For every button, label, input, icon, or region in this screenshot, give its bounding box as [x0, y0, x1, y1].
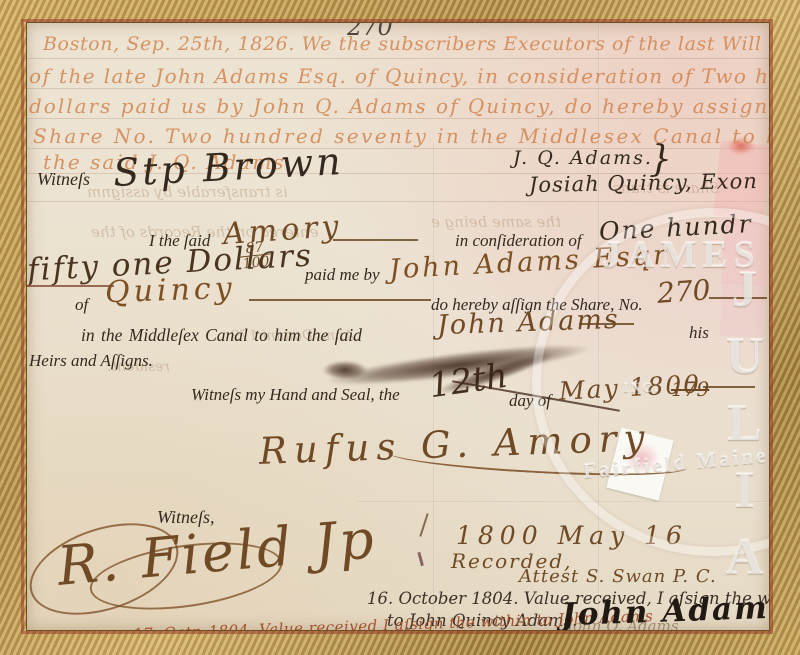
ruled-line: [27, 88, 769, 89]
ghost-text: the same being e: [431, 213, 561, 231]
pen-mark: [419, 513, 428, 536]
ruled-line: [27, 118, 769, 119]
printed-paid-me-by: paid me by: [305, 265, 380, 285]
framed-document-photo: 270 Boston, Sep. 25th, 1826. We the subs…: [0, 0, 800, 655]
ink-blot: [323, 361, 367, 379]
watermark-julia: JULIA: [715, 261, 770, 546]
josiah-quincy-signature: Josiah Quincy, Exon: [529, 169, 758, 197]
printed-middlesex-canal-line: in the Middleſex Canal to him the ſaid: [81, 325, 362, 346]
printed-of: of: [75, 295, 88, 315]
watermark-inc: INC.: [623, 381, 660, 397]
ink-dash: [333, 239, 418, 241]
attest-clerk: Attest S. Swan P. C.: [519, 566, 717, 587]
assignment-1826-line-3: dollars paid us by John Q. Adams of Quin…: [29, 94, 770, 118]
quincy-script: Quincy: [104, 271, 236, 311]
ink-dash: [249, 299, 431, 301]
fraction-denominator: 100: [239, 253, 273, 271]
document-paper: 270 Boston, Sep. 25th, 1826. We the subs…: [26, 22, 770, 631]
assignment-1826-line-2: of the late John Adams Esq. of Quincy, i…: [29, 64, 770, 88]
printed-heirs-assigns: Heirs and Aſſigns.: [29, 351, 153, 371]
ruled-line: [27, 58, 769, 59]
pen-mark: [417, 550, 431, 566]
fraction-87-100: 87 100: [238, 239, 274, 271]
ink-dash: [26, 285, 114, 287]
witness-label-top: Witneſs: [37, 169, 90, 190]
assignment-1826-line-1: Boston, Sep. 25th, 1826. We the subscrib…: [43, 33, 770, 55]
ruled-line: [27, 201, 769, 202]
jqadams-signature: J. Q. Adams.: [513, 147, 653, 169]
